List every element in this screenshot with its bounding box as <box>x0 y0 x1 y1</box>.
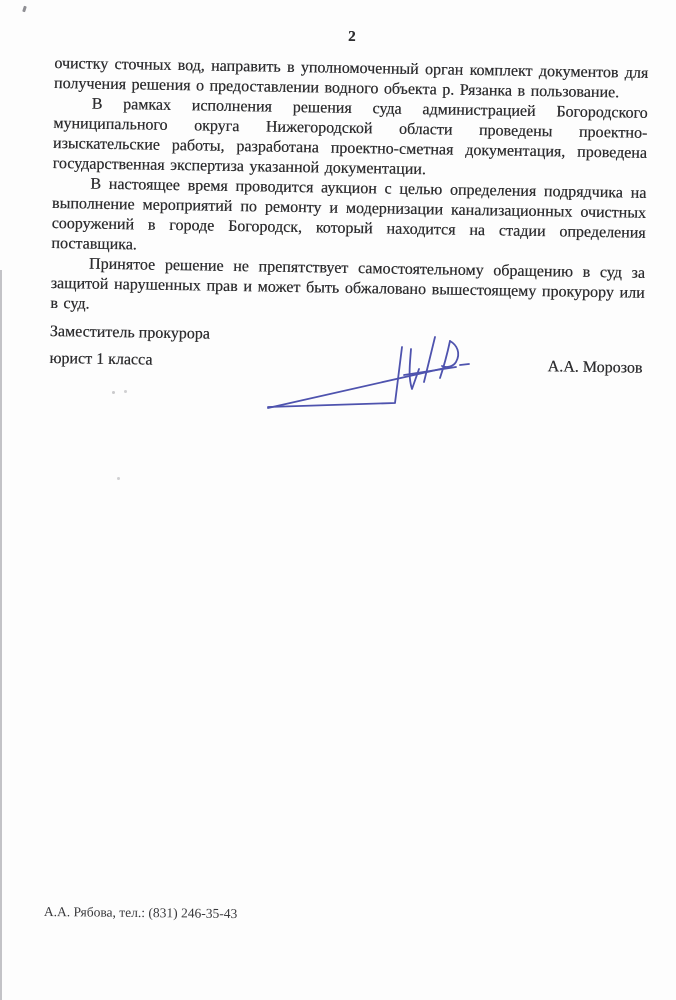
body-text: очистку сточных вод, направить в уполном… <box>50 54 648 324</box>
scan-speck <box>22 6 27 13</box>
signature-strokes <box>268 337 469 408</box>
page-number: 2 <box>55 22 649 52</box>
paragraph: Принятое решение не препятствует самосто… <box>50 254 645 324</box>
scan-speck <box>117 477 120 480</box>
signer-position: Заместитель прокурора юрист 1 класса <box>49 322 210 372</box>
signer-name: А.А. Морозов <box>547 357 643 379</box>
executor-contact: А.А. Рябова, тел.: (831) 246-35-43 <box>44 904 238 922</box>
scan-speck <box>124 390 127 393</box>
scan-speck <box>112 391 115 394</box>
paragraph: В настоящее время проводится аукцион с ц… <box>51 174 646 264</box>
paragraph: В рамках исполнения решения суда админис… <box>52 94 647 184</box>
document-content: 2 очистку сточных вод, направить в уполн… <box>49 22 649 379</box>
signature-ink <box>263 333 475 418</box>
signer-position-line1: Заместитель прокурора <box>50 322 210 345</box>
document-page: 2 очистку сточных вод, направить в уполн… <box>0 0 676 1000</box>
scan-edge-artifact <box>0 270 2 1000</box>
signer-position-line2: юрист 1 класса <box>49 349 209 372</box>
